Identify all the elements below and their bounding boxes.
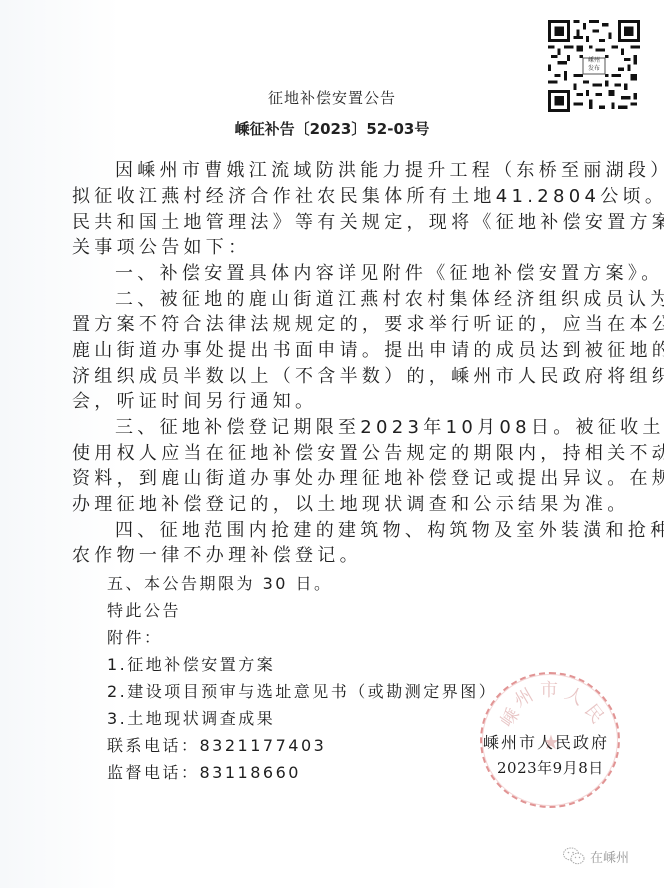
- contact-phone: 联系电话：8321177403: [107, 735, 326, 757]
- document-title: 征地补偿安置公告: [0, 87, 664, 108]
- document-page: 嵊州 发布 征地补偿安置公告 嵊征补告〔2023〕52-03号 因嵊州市曹娥江流…: [0, 0, 664, 888]
- wechat-icon: [562, 846, 586, 866]
- paragraph-line: 济组织成员半数以上（不含半数）的，嵊州市人民政府将组织召开听证: [72, 366, 664, 388]
- paragraph-line: 使用权人应当在征地补偿安置公告规定的期限内，持相关不动产权属证明: [72, 443, 664, 465]
- paragraph-line: 置方案不符合法律法规规定的，要求举行听证的，应当在本公告期满前到: [72, 314, 664, 336]
- notice-period: 五、本公告期限为 30 日。: [107, 573, 333, 595]
- signature-date: 2023年9月8日: [497, 757, 604, 778]
- watermark: 在嵊州: [562, 846, 629, 866]
- qr-center-label: 嵊州: [583, 57, 605, 65]
- attachment-item: 3.土地现状调查成果: [107, 708, 275, 730]
- paragraph-line: 四、征地范围内抢建的建筑物、构筑物及室外装潢和抢种抢栽的地上: [115, 520, 664, 542]
- attachments-label: 附件：: [107, 627, 163, 649]
- paragraph-line: 资料，到鹿山街道办事处办理征地补偿登记或提出异议。在规定期限内不: [72, 468, 664, 490]
- paragraph-line: 因嵊州市曹娥江流域防洪能力提升工程（东桥至丽湖段）建设需要，: [115, 160, 664, 182]
- closing-statement: 特此公告: [107, 600, 181, 622]
- paragraph-line: 拟征收江燕村经济合作社农民集体所有土地41.2804公顷。根据《中华人: [72, 186, 664, 208]
- paragraph-line: 办理征地补偿登记的，以土地现状调查和公示结果为准。: [72, 494, 630, 516]
- paragraph-line: 民共和国土地管理法》等有关规定，现将《征地补偿安置方案》内容和有: [72, 212, 664, 234]
- paragraph-line: 一、补偿安置具体内容详见附件《征地补偿安置方案》。: [115, 263, 664, 285]
- watermark-label: 在嵊州: [590, 847, 629, 866]
- paragraph-line: 三、征地补偿登记期限至2023年10月08日。被征收土地的所有权人和: [115, 417, 664, 439]
- supervision-phone: 监督电话：83118660: [107, 762, 301, 784]
- attachment-item: 2.建设项目预审与选址意见书（或勘测定界图）: [107, 681, 497, 703]
- attachment-item: 1.征地补偿安置方案: [107, 654, 275, 676]
- paragraph-line: 鹿山街道办事处提出书面申请。提出申请的成员达到被征地的农村集体经: [72, 340, 664, 362]
- paragraph-line: 会，听证时间另行通知。: [72, 391, 317, 413]
- document-number: 嵊征补告〔2023〕52-03号: [0, 118, 664, 139]
- qr-center-label: 发布: [583, 65, 605, 73]
- paragraph-line: 关事项公告如下：: [72, 237, 250, 259]
- paragraph-line: 农作物一律不办理补偿登记。: [72, 545, 362, 567]
- signature-organization: 嵊州市人民政府: [483, 730, 609, 753]
- paragraph-line: 二、被征地的鹿山街道江燕村农村集体经济组织成员认为征地补偿安: [115, 289, 664, 311]
